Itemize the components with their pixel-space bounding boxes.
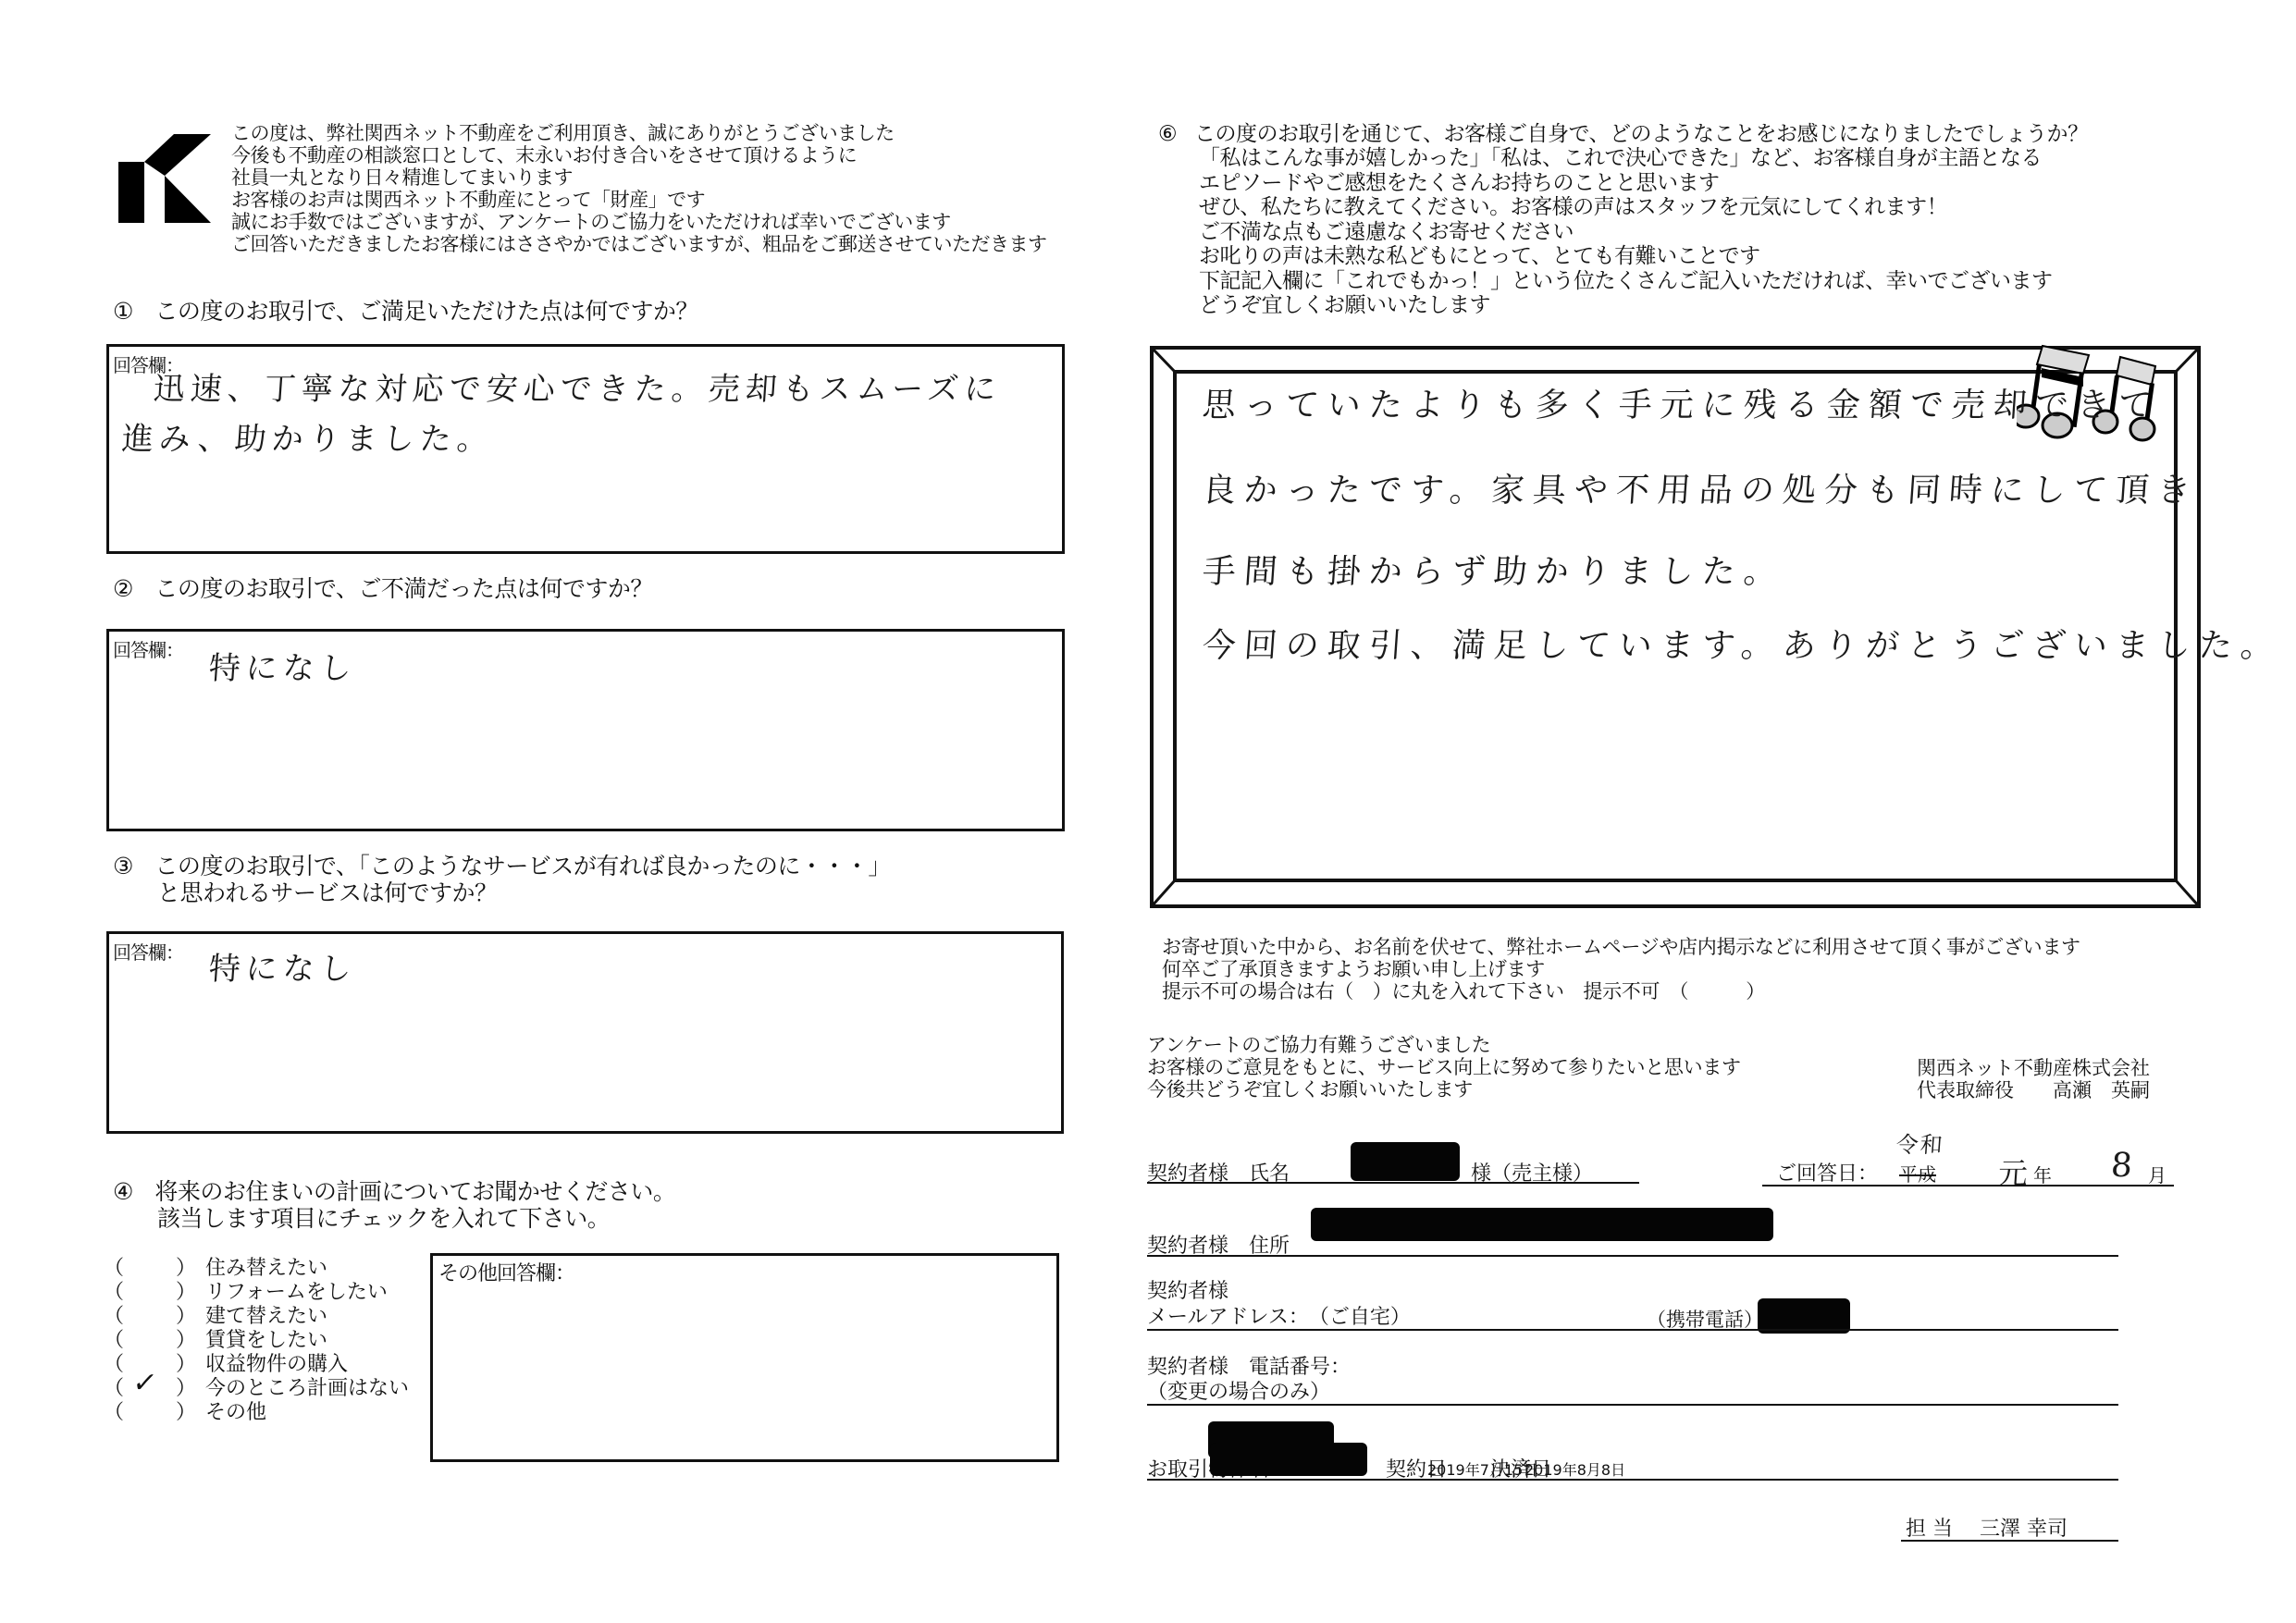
intro-line: この度は、弊社関西ネット不動産をご利用頂き、誠にありがとうございました <box>231 122 1047 144</box>
plan-option[interactable]: （）住み替えたい <box>104 1254 437 1278</box>
plan-option[interactable]: （）賃貸をしたい <box>104 1326 437 1350</box>
phone-label-line2: （変更の場合のみ） <box>1147 1380 1351 1405</box>
intro-line: ご回答いただきましたお客様にはささやかではございますが、粗品をご郵送させていただ… <box>231 233 1047 255</box>
answer-label: 回答欄： <box>113 938 183 965</box>
plan-option[interactable]: （）その他 <box>104 1398 437 1422</box>
plan-option[interactable]: （）✓今のところ計画はない <box>104 1374 437 1398</box>
staff-underline <box>1901 1540 2118 1542</box>
publication-refusal-field[interactable]: 提示不可の場合は右（ ）に丸を入れて下さい 提示不可 （ ） <box>1162 980 2080 1002</box>
question-number: ① <box>113 298 133 325</box>
redacted-name <box>1351 1142 1460 1181</box>
question-6-intro: ⑥ この度のお取引を通じて、お客様ご自身で、どのようなことをお感じになりましたで… <box>1158 122 2089 318</box>
paren-close: ） <box>176 1396 196 1425</box>
question-text: この度のお取引で、ご不満だった点は何ですか？ <box>154 575 653 602</box>
staff: 担 当 三澤 幸司 <box>1906 1513 2068 1542</box>
publication-notice: お寄せ頂いた中から、お名前を伏せて、弊社ホームページや店内掲示などに利用させて頂… <box>1162 936 2080 1002</box>
redacted-property-2 <box>1210 1443 1367 1476</box>
intro-line: エピソードやご感想をたくさんお持ちのことと思います <box>1199 171 2089 196</box>
answer-line: 特になし <box>207 943 358 989</box>
plan-checklist: （）住み替えたい（）リフォームをしたい（）建て替えたい（）賃貸をしたい（）収益物… <box>104 1254 437 1422</box>
era-handwritten: 令和 <box>1895 1126 1945 1159</box>
year-label: 年 <box>2033 1161 2052 1187</box>
settlement-date: 2019年8月8日 <box>1524 1458 1625 1480</box>
answer-line: 思っていたよりも多く手元に残る金額で売却できて <box>1201 379 2162 426</box>
question-2-answer-box[interactable]: 回答欄： 特になし <box>106 629 1065 831</box>
intro-line: 「私はこんな事が嬉しかった」「私は、これで決心できた」など、お客様自身が主語とな… <box>1199 146 2089 171</box>
paren-open: （ <box>104 1396 124 1425</box>
intro-line: ぜひ、私たちに教えてください。お客様の声はスタッフを元気にしてくれます！ <box>1199 195 2089 220</box>
name-underline <box>1147 1182 1639 1184</box>
intro-line: ご不満な点もご遠慮なくお寄せください <box>1199 220 2089 245</box>
answer-label: 回答欄： <box>113 635 183 662</box>
date-underline <box>1762 1185 2174 1187</box>
representative: 代表取締役 高瀬 英嗣 <box>1917 1079 2150 1101</box>
property-underline <box>1147 1479 2118 1481</box>
era-printed: 平成 <box>1899 1160 1936 1187</box>
email-label: 契約者様 メールアドレス： （ご自宅） <box>1147 1279 1411 1331</box>
answer-date-label: ご回答日： <box>1776 1158 1878 1187</box>
plan-option[interactable]: （）リフォームをしたい <box>104 1278 437 1302</box>
answer-year-value[interactable]: 元 <box>1996 1150 2034 1193</box>
question-2-title: ② この度のお取引で、ご不満だった点は何ですか？ <box>113 575 653 602</box>
check-mark-icon: ✓ <box>130 1367 159 1399</box>
intro-line: 誠にお手数ではございますが、アンケートのご協力をいただければ幸いでございます <box>231 211 1047 233</box>
intro-text: この度は、弊社関西ネット不動産をご利用頂き、誠にありがとうございました 今後も不… <box>231 122 1047 255</box>
answer-line: 特になし <box>207 643 358 688</box>
company-logo-k-icon <box>118 134 211 223</box>
thanks-line: アンケートのご協力有難うございました <box>1147 1034 1741 1056</box>
answer-line: 進み、助かりました。 <box>120 413 495 459</box>
answer-month-value[interactable]: 8 <box>2110 1147 2140 1185</box>
staff-name: 三澤 幸司 <box>1980 1518 2068 1541</box>
plan-option-label: その他 <box>205 1396 266 1425</box>
answer-line: 今回の取引、満足しています。ありがとうございました。 <box>1201 620 2284 667</box>
email-label-line2: メールアドレス： （ご自宅） <box>1147 1305 1411 1331</box>
question-1-title: ① この度のお取引で、ご満足いただけた点は何ですか？ <box>113 298 698 325</box>
question-4-title: ④ 将来のお住まいの計画についてお聞かせください。 該当します項目にチェックを入… <box>113 1178 675 1232</box>
thanks-line: お客様のご意見をもとに、サービス向上に努めて参りたいと思います <box>1147 1056 1741 1078</box>
phone-underline <box>1147 1404 2118 1406</box>
thanks-message: アンケートのご協力有難うございました お客様のご意見をもとに、サービス向上に努め… <box>1147 1034 1741 1100</box>
intro-line: お客様のお声は関西ネット不動産にとって「財産」です <box>231 189 1047 211</box>
phone-label: 契約者様 電話番号： （変更の場合のみ） <box>1147 1355 1351 1405</box>
redacted-address <box>1311 1208 1773 1241</box>
question-text: この度のお取引を通じて、お客様ご自身で、どのようなことをお感じになりましたでしょ… <box>1194 122 2089 146</box>
notice-line: お寄せ頂いた中から、お名前を伏せて、弊社ホームページや店内掲示などに利用させて頂… <box>1162 936 2080 958</box>
answer-line: 良かったです。家具や不用品の処分も同時にして頂き <box>1201 464 2201 511</box>
question-text: と思われるサービスは何ですか？ <box>157 879 891 906</box>
question-3-answer-box[interactable]: 回答欄： 特になし <box>106 931 1064 1134</box>
question-number: ④ <box>113 1178 133 1205</box>
company-name: 関西ネット不動産株式会社 <box>1917 1057 2150 1079</box>
address-underline <box>1147 1255 2118 1257</box>
other-answer-box[interactable]: その他回答欄： <box>430 1253 1059 1462</box>
email-underline <box>1147 1329 2118 1331</box>
intro-line: お叱りの声は未熟な私どもにとって、とても有難いことです <box>1199 244 2089 269</box>
question-1-answer-box[interactable]: 回答欄： 迅速、丁寧な対応で安心できた。売却もスムーズに 進み、助かりました。 <box>106 344 1065 554</box>
intro-line: 今後も不動産の相談窓口として、末永いお付き合いをさせて頂けるように <box>231 144 1047 166</box>
month-label: 月 <box>2148 1161 2166 1187</box>
thanks-line: 今後共どうぞ宜しくお願いいたします <box>1147 1078 1741 1100</box>
staff-label: 担 当 <box>1906 1518 1953 1541</box>
notice-line: 何卒ご了承頂きますようお願い申し上げます <box>1162 958 2080 980</box>
other-answer-label: その他回答欄： <box>438 1258 574 1286</box>
question-text: 将来のお住まいの計画についてお聞かせください。 <box>154 1178 675 1205</box>
answer-line: 手間も掛からず助かりました。 <box>1201 546 1787 593</box>
question-text: 該当します項目にチェックを入れて下さい。 <box>157 1205 675 1232</box>
plan-option-checkbox[interactable]: （） <box>104 1396 205 1425</box>
question-text: この度のお取引で、「このようなサービスが有れば良かったのに・・・」 <box>154 853 891 879</box>
company-signature: 関西ネット不動産株式会社 代表取締役 高瀬 英嗣 <box>1917 1057 2150 1101</box>
intro-line: 下記記入欄に「これでもかっ！」という位たくさんご記入いただければ、幸いでございま… <box>1199 269 2089 294</box>
question-number: ② <box>113 575 133 602</box>
plan-option[interactable]: （）建て替えたい <box>104 1302 437 1326</box>
email-label-line1: 契約者様 <box>1147 1279 1411 1305</box>
intro-line: どうぞ宜しくお願いいたします <box>1199 293 2089 318</box>
phone-label-line1: 契約者様 電話番号： <box>1147 1355 1351 1380</box>
intro-line: 社員一丸となり日々精進してまいります <box>231 166 1047 189</box>
question-number: ⑥ <box>1158 122 1177 146</box>
question-number: ③ <box>113 853 133 879</box>
question-text: この度のお取引で、ご満足いただけた点は何ですか？ <box>154 298 698 325</box>
question-3-title: ③ この度のお取引で、「このようなサービスが有れば良かったのに・・・」 と思われ… <box>113 853 891 906</box>
answer-line: 迅速、丁寧な対応で安心できた。売却もスムーズに <box>152 363 1003 409</box>
